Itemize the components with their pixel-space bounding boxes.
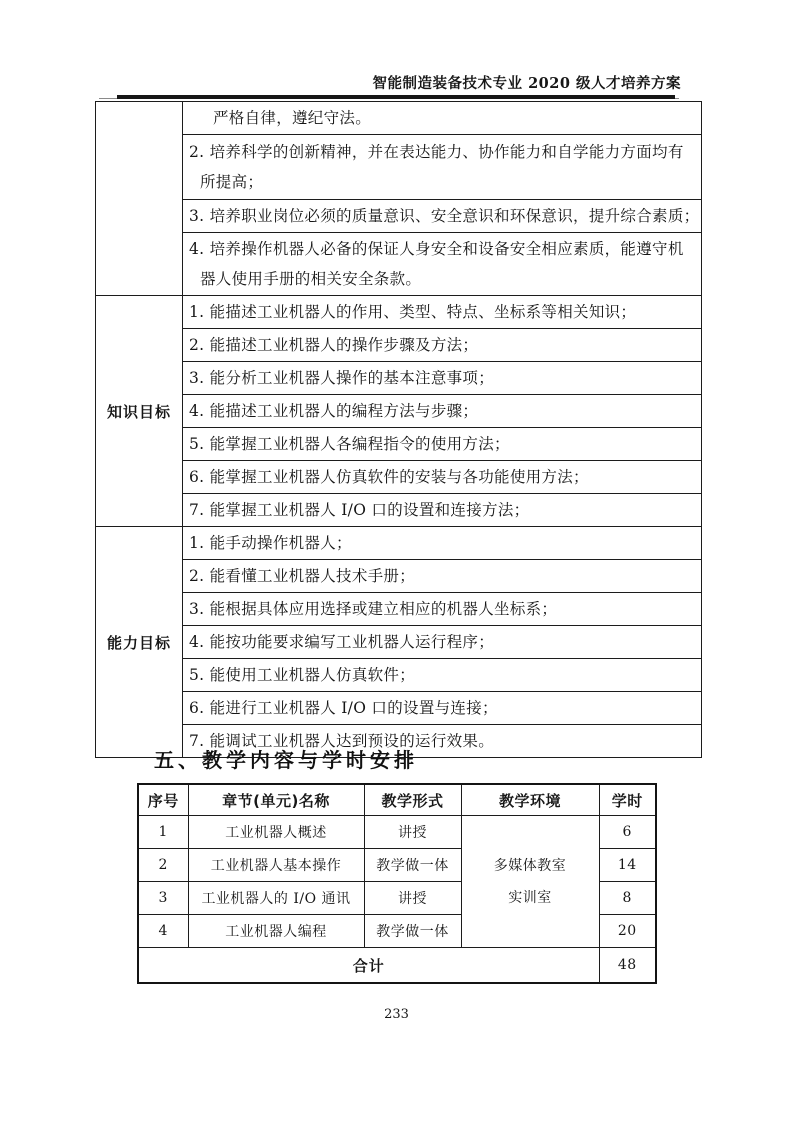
objective-text-cell: 1. 能描述工业机器人的作用、类型、特点、坐标系等相关知识； (183, 296, 702, 329)
objective-row: 7. 能掌握工业机器人 I/O 口的设置和连接方法； (96, 494, 702, 527)
cell-hours: 14 (599, 849, 656, 882)
objective-row: 3. 能根据具体应用选择或建立相应的机器人坐标系； (96, 593, 702, 626)
objective-line-continuation: 所提高； (189, 167, 697, 197)
cell-name: 工业机器人编程 (188, 915, 364, 948)
objective-text-cell: 6. 能掌握工业机器人仿真软件的安装与各功能使用方法； (183, 461, 702, 494)
objective-line: 4. 能描述工业机器人的编程方法与步骤； (189, 396, 697, 426)
objective-row: 3. 能分析工业机器人操作的基本注意事项； (96, 362, 702, 395)
column-header-env: 教学环境 (461, 784, 599, 816)
objective-row: 能力目标 1. 能手动操作机器人； (96, 527, 702, 560)
objective-line: 3. 能根据具体应用选择或建立相应的机器人坐标系； (189, 594, 697, 624)
objective-row: 4. 能描述工业机器人的编程方法与步骤； (96, 395, 702, 428)
objective-row: 2. 培养科学的创新精神，并在表达能力、协作能力和自学能力方面均有 所提高； (96, 135, 702, 200)
column-header-name: 章节(单元)名称 (188, 784, 364, 816)
cell-form: 讲授 (364, 816, 461, 849)
cell-name: 工业机器人基本操作 (188, 849, 364, 882)
objective-text-cell: 1. 能手动操作机器人； (183, 527, 702, 560)
header-rule-thick-line (117, 95, 675, 99)
cell-name: 工业机器人概述 (188, 816, 364, 849)
objective-row: 3. 培养职业岗位必须的质量意识、安全意识和环保意识，提升综合素质； (96, 200, 702, 233)
objective-text-cell: 3. 能根据具体应用选择或建立相应的机器人坐标系； (183, 593, 702, 626)
objective-text-cell: 严格自律，遵纪守法。 (183, 102, 702, 135)
objective-row: 6. 能掌握工业机器人仿真软件的安装与各功能使用方法； (96, 461, 702, 494)
cell-name: 工业机器人的 I/O 通讯 (188, 882, 364, 915)
objective-text-cell: 6. 能进行工业机器人 I/O 口的设置与连接； (183, 692, 702, 725)
objective-row: 4. 培养操作机器人必备的保证人身安全和设备安全相应素质，能遵守机 器人使用手册… (96, 233, 702, 296)
schedule-table: 序号 章节(单元)名称 教学形式 教学环境 学时 1 工业机器人概述 讲授 多媒… (137, 783, 657, 984)
objective-text-cell: 2. 能描述工业机器人的操作步骤及方法； (183, 329, 702, 362)
objective-text-cell: 4. 能按功能要求编写工业机器人运行程序； (183, 626, 702, 659)
total-label-cell: 合计 (138, 948, 599, 984)
cell-no: 2 (138, 849, 188, 882)
page-header-title: 智能制造装备技术专业 2020 级人才培养方案 (373, 72, 681, 93)
document-page: 智能制造装备技术专业 2020 级人才培养方案 严格自律，遵纪守法。 2. 培养… (0, 0, 793, 1122)
objective-line: 4. 能按功能要求编写工业机器人运行程序； (189, 627, 697, 657)
objective-text-cell: 5. 能使用工业机器人仿真软件； (183, 659, 702, 692)
total-hours-cell: 48 (599, 948, 656, 984)
section-label-cell (96, 102, 183, 296)
objective-row: 5. 能掌握工业机器人各编程指令的使用方法； (96, 428, 702, 461)
objective-line: 3. 培养职业岗位必须的质量意识、安全意识和环保意识，提升综合素质； (189, 201, 697, 231)
cell-hours: 8 (599, 882, 656, 915)
objective-line: 7. 能掌握工业机器人 I/O 口的设置和连接方法； (189, 495, 697, 525)
objective-text-cell: 2. 培养科学的创新精神，并在表达能力、协作能力和自学能力方面均有 所提高； (183, 135, 702, 200)
objective-text-cell: 2. 能看懂工业机器人技术手册； (183, 560, 702, 593)
section-heading: 五、教学内容与学时安排 (154, 744, 418, 773)
cell-no: 4 (138, 915, 188, 948)
section-label-knowledge: 知识目标 (96, 296, 183, 527)
objective-row: 知识目标 1. 能描述工业机器人的作用、类型、特点、坐标系等相关知识； (96, 296, 702, 329)
objective-line: 2. 能看懂工业机器人技术手册； (189, 561, 697, 591)
objective-text-cell: 4. 能描述工业机器人的编程方法与步骤； (183, 395, 702, 428)
objective-line: 3. 能分析工业机器人操作的基本注意事项； (189, 363, 697, 393)
objective-row: 严格自律，遵纪守法。 (96, 102, 702, 135)
section-label-ability: 能力目标 (96, 527, 183, 758)
objective-line-continuation: 器人使用手册的相关安全条款。 (189, 264, 697, 294)
objective-line: 2. 能描述工业机器人的操作步骤及方法； (189, 330, 697, 360)
objective-row: 4. 能按功能要求编写工业机器人运行程序； (96, 626, 702, 659)
column-header-form: 教学形式 (364, 784, 461, 816)
cell-hours: 20 (599, 915, 656, 948)
column-header-no: 序号 (138, 784, 188, 816)
page-number: 233 (0, 1007, 793, 1022)
objective-text-cell: 7. 能掌握工业机器人 I/O 口的设置和连接方法； (183, 494, 702, 527)
objective-line: 6. 能掌握工业机器人仿真软件的安装与各功能使用方法； (189, 462, 697, 492)
objective-line: 5. 能使用工业机器人仿真软件； (189, 660, 697, 690)
cell-form: 教学做一体 (364, 915, 461, 948)
schedule-total-row: 合计 48 (138, 948, 656, 984)
objective-line: 严格自律，遵纪守法。 (189, 103, 697, 133)
objective-line: 4. 培养操作机器人必备的保证人身安全和设备安全相应素质，能遵守机 (189, 234, 697, 264)
objective-row: 6. 能进行工业机器人 I/O 口的设置与连接； (96, 692, 702, 725)
objective-line: 6. 能进行工业机器人 I/O 口的设置与连接； (189, 693, 697, 723)
cell-environment: 多媒体教室 实训室 (461, 816, 599, 948)
objective-row: 5. 能使用工业机器人仿真软件； (96, 659, 702, 692)
column-header-hours: 学时 (599, 784, 656, 816)
objective-line: 2. 培养科学的创新精神，并在表达能力、协作能力和自学能力方面均有 (189, 137, 697, 167)
objective-line: 1. 能手动操作机器人； (189, 528, 697, 558)
objectives-table: 严格自律，遵纪守法。 2. 培养科学的创新精神，并在表达能力、协作能力和自学能力… (95, 101, 702, 758)
cell-hours: 6 (599, 816, 656, 849)
cell-no: 3 (138, 882, 188, 915)
objective-line: 5. 能掌握工业机器人各编程指令的使用方法； (189, 429, 697, 459)
objective-row: 2. 能描述工业机器人的操作步骤及方法； (96, 329, 702, 362)
objective-text-cell: 3. 能分析工业机器人操作的基本注意事项； (183, 362, 702, 395)
objective-line: 1. 能描述工业机器人的作用、类型、特点、坐标系等相关知识； (189, 297, 697, 327)
objective-text-cell: 5. 能掌握工业机器人各编程指令的使用方法； (183, 428, 702, 461)
objective-row: 2. 能看懂工业机器人技术手册； (96, 560, 702, 593)
schedule-header-row: 序号 章节(单元)名称 教学形式 教学环境 学时 (138, 784, 656, 816)
cell-form: 讲授 (364, 882, 461, 915)
objective-text-cell: 4. 培养操作机器人必备的保证人身安全和设备安全相应素质，能遵守机 器人使用手册… (183, 233, 702, 296)
schedule-row: 1 工业机器人概述 讲授 多媒体教室 实训室 6 (138, 816, 656, 849)
cell-no: 1 (138, 816, 188, 849)
environment-line: 多媒体教室 (462, 850, 599, 882)
cell-form: 教学做一体 (364, 849, 461, 882)
environment-line: 实训室 (462, 882, 599, 914)
objective-text-cell: 3. 培养职业岗位必须的质量意识、安全意识和环保意识，提升综合素质； (183, 200, 702, 233)
